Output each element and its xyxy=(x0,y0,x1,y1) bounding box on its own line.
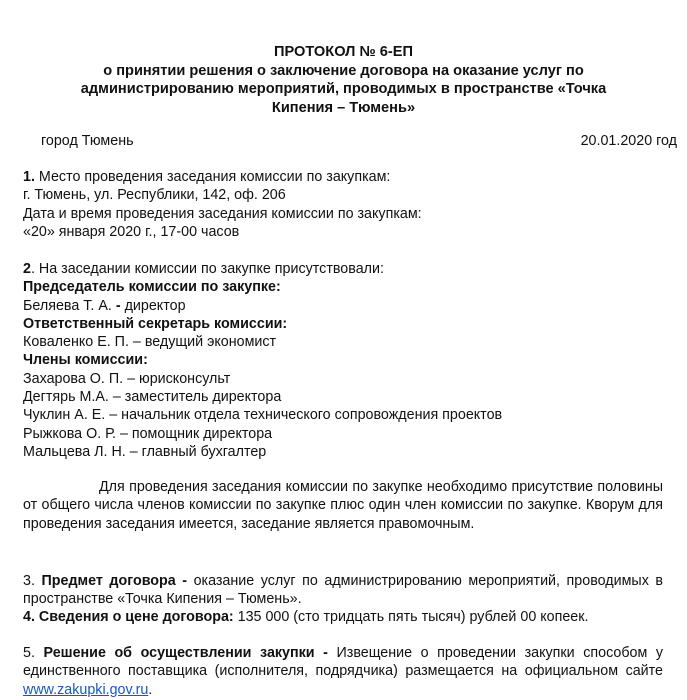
document-subtitle-line-3: Кипения – Тюмень» xyxy=(0,99,687,118)
section-5-procurement-decision: 5. Решение об осуществлении закупки - Из… xyxy=(23,644,663,699)
section-3-contract-subject: 3. Предмет договора - оказание услуг по … xyxy=(23,572,663,609)
section-4-text: 135 000 (сто тридцать пять тысяч) рублей… xyxy=(234,609,589,625)
protocol-document: ПРОТОКОЛ № 6-ЕП о принятии решения о зак… xyxy=(0,0,687,700)
secretary-heading: Ответственный секретарь комиссии: xyxy=(23,315,663,333)
document-subtitle-line-1: о принятии решения о заключение договора… xyxy=(0,62,687,81)
chair-role: директор xyxy=(125,298,186,314)
meeting-address: г. Тюмень, ул. Республики, 142, оф. 206 xyxy=(23,186,663,204)
chair-heading: Председатель комиссии по закупке: xyxy=(23,278,663,296)
members-heading: Члены комиссии: xyxy=(23,351,663,369)
section-5-tail: . xyxy=(148,682,152,698)
section-3-number: 3. xyxy=(23,573,35,589)
document-subtitle-line-2: администрированию мероприятий, проводимы… xyxy=(0,80,687,99)
section-2-attendees: 2. На заседании комиссии по закупке прис… xyxy=(23,260,663,461)
member-entry: Рыжкова О. Р. – помощник директора xyxy=(23,425,663,443)
secretary-entry: Коваленко Е. П. – ведущий экономист xyxy=(23,333,663,351)
chair-name: Беляева Т. А. xyxy=(23,298,112,314)
zakupki-website-link[interactable]: www.zakupki.gov.ru xyxy=(23,682,148,698)
chair-dash: - xyxy=(112,298,125,314)
section-5-number: 5. xyxy=(23,645,35,661)
chair-entry: Беляева Т. А. - директор xyxy=(23,297,663,315)
document-date: 20.01.2020 год xyxy=(581,133,677,149)
member-entry: Чуклин А. Е. – начальник отдела техничес… xyxy=(23,406,663,424)
city-label: город Тюмень xyxy=(41,133,134,149)
member-entry: Мальцева Л. Н. – главный бухгалтер xyxy=(23,443,663,461)
member-entry: Дегтярь М.А. – заместитель директора xyxy=(23,388,663,406)
section-1-place-label: Место проведения заседания комиссии по з… xyxy=(35,169,390,185)
document-header: ПРОТОКОЛ № 6-ЕП о принятии решения о зак… xyxy=(0,43,687,117)
section-4-heading: Сведения о цене договора: xyxy=(39,609,234,625)
section-5-heading: Решение об осуществлении закупки - xyxy=(44,645,328,661)
section-1-number: 1. xyxy=(23,169,35,185)
member-entry: Захарова О. П. – юрисконсульт xyxy=(23,370,663,388)
meeting-datetime: «20» января 2020 г., 17-00 часов xyxy=(23,223,663,241)
section-2-number: 2 xyxy=(23,261,31,277)
quorum-paragraph: Для проведения заседания комиссии по зак… xyxy=(23,478,663,533)
section-4-number: 4. xyxy=(23,609,35,625)
section-3-heading: Предмет договора - xyxy=(41,573,187,589)
section-2-intro: . На заседании комиссии по закупке прису… xyxy=(31,261,384,277)
section-1-meeting-place: 1. Место проведения заседания комиссии п… xyxy=(23,168,663,241)
section-4-contract-price: 4. Сведения о цене договора: 135 000 (ст… xyxy=(23,608,663,626)
section-1-datetime-label: Дата и время проведения заседания комисс… xyxy=(23,205,663,223)
document-title: ПРОТОКОЛ № 6-ЕП xyxy=(0,43,687,62)
